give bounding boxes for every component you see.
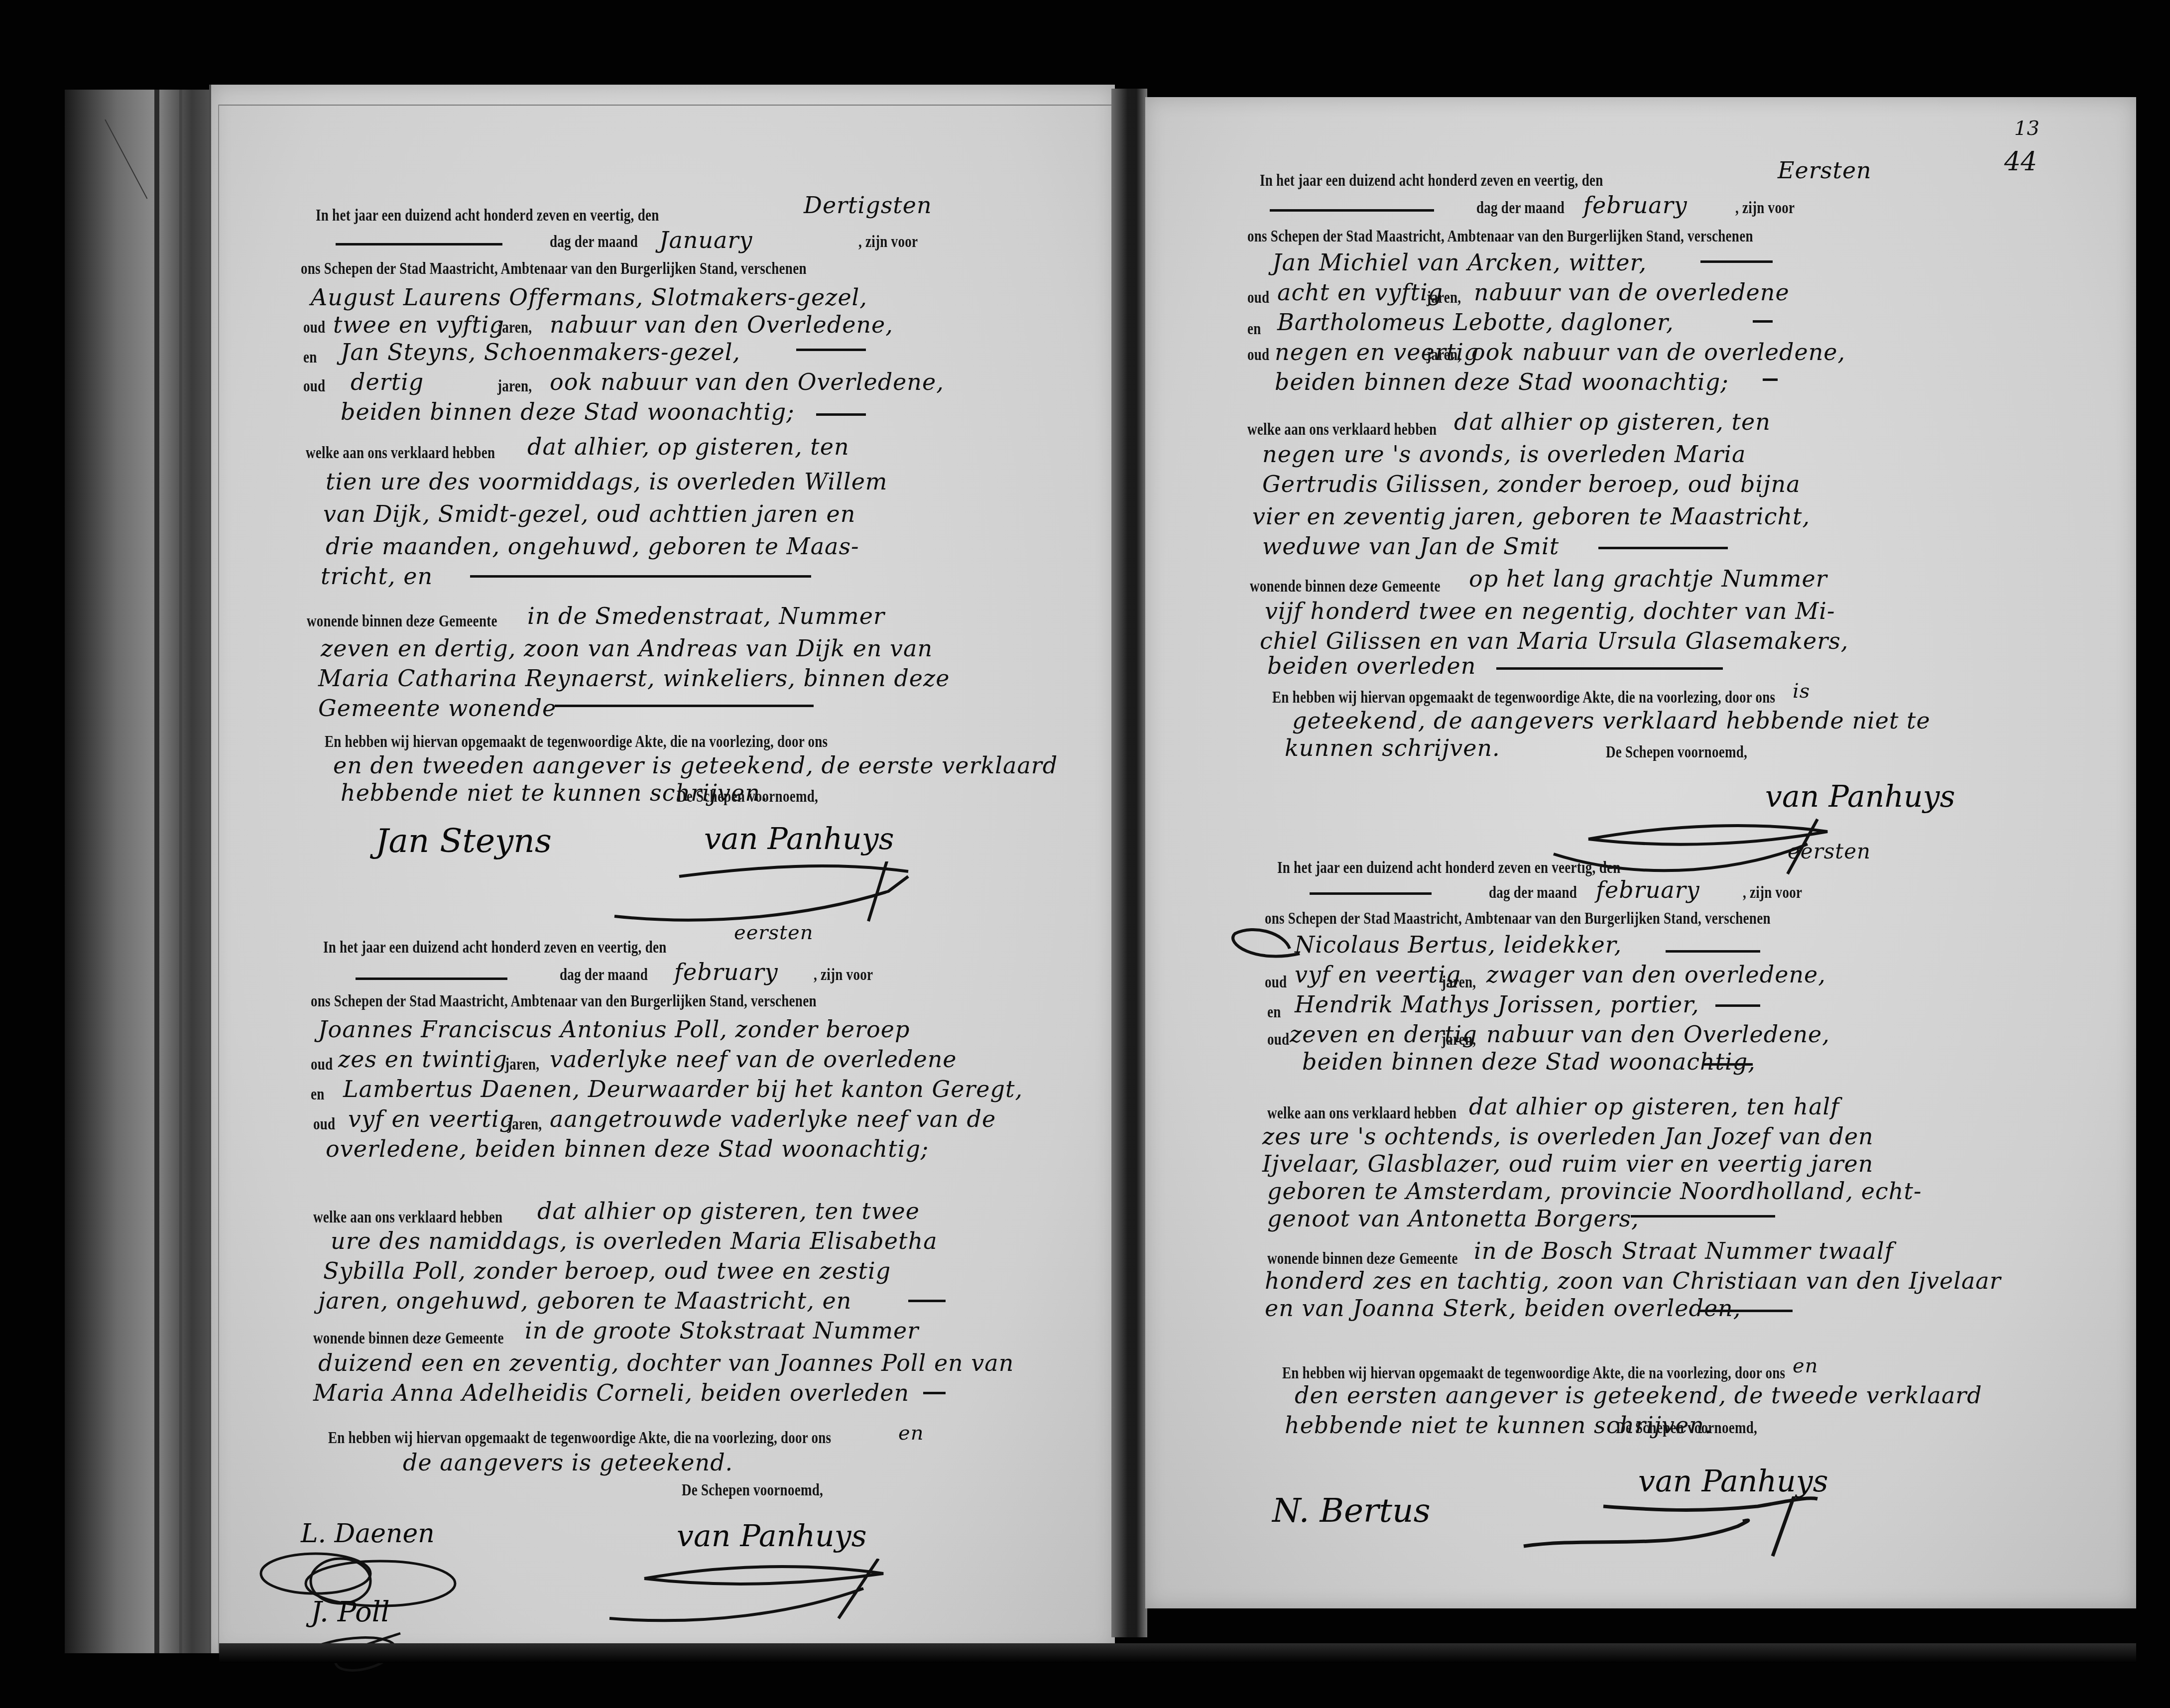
declarant-1-relation: zwager van den overledene, (1486, 961, 1826, 988)
statement-line: negen ure 's avonds, is overleden Maria (1262, 441, 1746, 468)
statement-line: dat alhier op gisteren, ten half (1469, 1093, 1839, 1120)
declarant-1-name: Nicolaus Bertus, leidekker, (1295, 931, 1622, 958)
declarant-1-relation: vaderlyke neef van de overledene (550, 1046, 957, 1073)
declarant-2-name: Jan Steyns, Schoenmakers-gezel, (341, 339, 740, 366)
declarant-2-relation: nabuur van den Overledene, (1486, 1021, 1830, 1048)
akte-continuation: den eersten aangever is geteekend, de tw… (1295, 1382, 1982, 1409)
statement-line: dat alhier op gisteren, ten (1454, 408, 1771, 435)
statement-line: weduwe van Jan de Smit (1262, 533, 1559, 560)
entry-month: January (659, 227, 753, 253)
residence-line: beiden binnen deze Stad woonachtig, (1302, 1048, 1756, 1075)
entry-day: eersten (734, 921, 814, 944)
right-page: 13 44 In het jaar een duizend acht honde… (1145, 97, 2136, 1608)
en-label: en (303, 349, 317, 367)
jaren-label: jaren, (1427, 289, 1461, 307)
jaren-label: jaren, (1442, 974, 1476, 992)
page-border-line (218, 105, 1115, 106)
wonende-ze: ze (1380, 1250, 1396, 1268)
oud-label: oud (1267, 1031, 1289, 1049)
statement-line: tien ure des voormiddags, is overleden W… (326, 468, 887, 495)
welke-label: welke aan ons verklaard hebben (1247, 421, 1437, 439)
signature-declarant: N. Bertus (1272, 1491, 1431, 1530)
wonende-label: wonende binnen deze Gemeente (1267, 1250, 1458, 1268)
declarant-2-name: Hendrik Mathys Jorissen, portier, (1295, 991, 1699, 1018)
address-line: vijf honderd twee en negentig, dochter v… (1265, 598, 1835, 624)
left-page: In het jaar een duizend acht honderd zev… (209, 85, 1115, 1653)
signature-flourish-icon (609, 861, 968, 931)
fill-rule (1631, 1215, 1775, 1218)
statement-line: Gertrudis Gilissen, zonder beroep, oud b… (1262, 471, 1801, 497)
fill-rule (1715, 1004, 1760, 1007)
oud-label: oud (313, 1115, 335, 1134)
address-line: chiel Gilissen en van Maria Ursula Glase… (1260, 627, 1848, 654)
gemeente-text: Gemeente (1399, 1250, 1458, 1268)
statement-line: tricht, en (321, 563, 433, 590)
address-line: Gemeente wonende (318, 695, 556, 722)
signature-declarant: Jan Steyns (375, 822, 552, 860)
form-intro-line: In het jaar een duizend acht honderd zev… (316, 207, 659, 225)
oud-label: oud (303, 319, 325, 337)
welke-label: welke aan ons verklaard hebben (1267, 1104, 1456, 1123)
akte-continuation: geteekend, de aangevers verklaard hebben… (1292, 707, 1930, 734)
address-line: Maria Anna Adelheidis Corneli, beiden ov… (313, 1379, 909, 1406)
signature-flourish-icon (1519, 1496, 1877, 1566)
fill-rule (1763, 378, 1778, 381)
fill-rule (1698, 1310, 1793, 1312)
book-gutter (1111, 89, 1147, 1637)
form-line-3: ons Schepen der Stad Maastricht, Ambtena… (1265, 910, 1771, 928)
declarant-2-relation: aangetrouwde vaderlyke neef van de (550, 1105, 996, 1132)
en-label: en (311, 1086, 325, 1104)
gemeente-text: Gemeente (439, 612, 497, 630)
jaren-label: jaren, (507, 1115, 542, 1134)
statement-line: geboren te Amsterdam, provincie Noordhol… (1267, 1178, 1922, 1205)
fill-rule (1598, 547, 1728, 549)
fill-rule (908, 1300, 946, 1302)
cover-ridge (154, 90, 159, 1653)
statement-line: dat alhier op gisteren, ten twee (537, 1198, 920, 1224)
entry-month: february (1596, 876, 1700, 903)
fill-rule (1703, 1063, 1753, 1066)
declarant-1-age: twee en vyftig (333, 311, 504, 338)
statement-line: drie maanden, ongehuwd, geboren te Maas- (326, 533, 859, 560)
fill-rule (1700, 260, 1773, 263)
address-line: zeven en dertig, zoon van Andreas van Di… (321, 635, 933, 662)
declarant-2-relation: ook nabuur van de overledene, (1471, 339, 1845, 366)
akte-suffix: en (1793, 1354, 1818, 1377)
jaren-label: jaren, (1442, 1031, 1476, 1049)
address-line: honderd zes en tachtig, zoon van Christi… (1265, 1267, 2001, 1294)
form-day-label: dag der maand (550, 233, 638, 251)
fill-rule (816, 413, 866, 416)
form-intro-line: In het jaar een duizend acht honderd zev… (1260, 172, 1603, 190)
wonende-label: wonende binnen deze Gemeente (1250, 578, 1441, 596)
address-line: in de Bosch Straat Nummer twaalf (1474, 1237, 1894, 1264)
akte-continuation: de aangevers is geteekend. (403, 1449, 733, 1476)
oud-label: oud (1247, 289, 1269, 307)
schepen-label: De Schepen voornoemd, (1606, 743, 1747, 762)
fill-rule (555, 705, 814, 707)
statement-line: zes ure 's ochtends, is overleden Jan Jo… (1262, 1123, 1874, 1150)
akte-continuation: en den tweeden aangever is geteekend, de… (333, 752, 1058, 779)
akte-suffix: is (1793, 680, 1810, 703)
fill-rule (1753, 320, 1773, 323)
entry-month: february (674, 959, 778, 985)
declarant-1-relation: nabuur van de overledene (1474, 279, 1790, 306)
address-line: op het lang grachtje Nummer (1469, 565, 1827, 592)
statement-line: Ijvelaar, Glasblazer, oud ruim vier en v… (1262, 1150, 1873, 1177)
declarant-1-age: zes en twintig (338, 1046, 507, 1073)
entry-day: Eersten (1778, 157, 1872, 184)
jaren-label: jaren, (505, 1056, 539, 1074)
declarant-2-age: vyf en veertig (348, 1105, 514, 1132)
signature-schepen: van Panhuys (1765, 779, 1955, 814)
blank-rule (336, 243, 502, 245)
statement-line: van Dijk, Smidt-gezel, oud achttien jare… (323, 500, 855, 527)
akte-continuation: kunnen schrijven. (1285, 734, 1500, 761)
declarant-2-name: Lambertus Daenen, Deurwaarder bij het ka… (343, 1076, 1023, 1102)
cover-crack (105, 120, 147, 199)
en-label: en (1267, 1003, 1281, 1022)
oud-label: oud (303, 377, 325, 396)
schepen-label: De Schepen voornoemd, (1616, 1419, 1757, 1438)
wonende-ze: ze (420, 613, 435, 630)
en-label: en (1247, 320, 1261, 339)
address-line: in de groote Stokstraat Nummer (525, 1317, 919, 1344)
fill-rule (1496, 667, 1723, 670)
statement-line: ure des namiddags, is overleden Maria El… (331, 1227, 938, 1254)
form-intro-line: In het jaar een duizend acht honderd zev… (1277, 859, 1620, 877)
fill-rule (1666, 950, 1760, 953)
akte-line: En hebben wij hiervan opgemaakt de tegen… (1272, 689, 1775, 707)
blank-rule (356, 977, 507, 980)
statement-line: dat alhier, op gisteren, ten (527, 433, 849, 460)
akte-line: En hebben wij hiervan opgemaakt de tegen… (325, 733, 828, 751)
akte-line: En hebben wij hiervan opgemaakt de tegen… (1282, 1364, 1785, 1383)
schepen-label: De Schepen voornoemd, (682, 1481, 823, 1500)
declarant-1-relation: nabuur van den Overledene, (550, 311, 893, 338)
residence-line: beiden binnen deze Stad woonachtig; (341, 398, 795, 425)
wonende-ze: ze (426, 1330, 442, 1347)
declarant-1-age: acht en vyftig (1277, 279, 1443, 306)
form-label: , zijn voor (858, 233, 918, 251)
declarant-1-name: Jan Michiel van Arcken, witter, (1272, 249, 1647, 276)
fill-rule (923, 1392, 946, 1394)
jaren-label: jaren, (1427, 346, 1461, 365)
form-line-3: ons Schepen der Stad Maastricht, Ambtena… (311, 992, 817, 1011)
address-line: Maria Catharina Reynaerst, winkeliers, b… (318, 665, 950, 692)
signature-schepen: van Panhuys (704, 822, 894, 856)
form-day-label: dag der maand (1489, 884, 1577, 902)
entry-day: Dertigsten (804, 192, 932, 219)
wonende-text: wonende binnen de (313, 1330, 426, 1347)
statement-line: Sybilla Poll, zonder beroep, oud twee en… (323, 1257, 891, 1284)
form-label: , zijn voor (1735, 199, 1795, 218)
address-line: beiden overleden (1267, 652, 1476, 679)
blank-rule (1310, 892, 1432, 895)
address-line: en van Joanna Sterk, beiden overleden, (1265, 1295, 1741, 1322)
gemeente-text: Gemeente (445, 1330, 504, 1347)
jaren-label: jaren, (497, 377, 532, 396)
wonende-label: wonende binnen deze Gemeente (307, 612, 497, 631)
akte-suffix: en (898, 1422, 924, 1445)
oud-label: oud (1247, 346, 1269, 365)
akte-line: En hebben wij hiervan opgemaakt de tegen… (328, 1429, 831, 1448)
statement-line: jaren, ongehuwd, geboren te Maastricht, … (318, 1287, 851, 1314)
signature-flourish-icon (604, 1559, 963, 1628)
oud-label: oud (1265, 974, 1287, 992)
fill-rule (470, 575, 811, 578)
page-bottom-shadow (219, 1643, 2136, 1663)
form-line-3: ons Schepen der Stad Maastricht, Ambtena… (301, 260, 807, 278)
gemeente-text: Gemeente (1382, 578, 1441, 596)
declarant-2-name: Bartholomeus Lebotte, dagloner, (1277, 309, 1674, 336)
welke-label: welke aan ons verklaard hebben (306, 444, 495, 463)
entry-month: february (1583, 192, 1688, 219)
statement-line: vier en zeventig jaren, geboren te Maast… (1252, 503, 1810, 530)
residence-line: overledene, beiden binnen deze Stad woon… (326, 1135, 929, 1162)
jaren-label: jaren, (497, 319, 532, 337)
signature-flourish-icon (1225, 924, 1305, 964)
book-cover-edge (65, 90, 214, 1653)
statement-line: genoot van Antonetta Borgers, (1267, 1205, 1639, 1232)
wonende-ze: ze (1363, 578, 1378, 596)
signature-schepen: van Panhuys (677, 1519, 866, 1554)
schepen-label: De Schepen voornoemd, (677, 788, 818, 806)
declarant-1-age: vyf en veertig (1295, 961, 1461, 988)
page-border-line (218, 105, 219, 1653)
welke-label: welke aan ons verklaard hebben (313, 1209, 502, 1227)
blank-rule (1270, 209, 1434, 212)
wonende-text: wonende binnen de (307, 612, 420, 630)
declarant-1-name: August Laurens Offermans, Slotmakers-gez… (311, 284, 867, 311)
fill-rule (796, 349, 866, 351)
address-line: duizend een en zeventig, dochter van Joa… (318, 1349, 1014, 1376)
folio-number: 13 (2014, 117, 2040, 140)
page-number: 44 (2004, 147, 2037, 177)
form-intro-line: In het jaar een duizend acht honderd zev… (323, 939, 666, 957)
form-label: , zijn voor (814, 966, 873, 984)
oud-label: oud (311, 1056, 333, 1074)
form-label: , zijn voor (1743, 884, 1802, 902)
form-day-label: dag der maand (1476, 199, 1565, 218)
address-line: in de Smedenstraat, Nummer (527, 603, 885, 629)
wonende-text: wonende binnen de (1250, 578, 1363, 596)
wonende-text: wonende binnen de (1267, 1250, 1380, 1268)
declarant-2-age: dertig (351, 368, 424, 395)
residence-line: beiden binnen deze Stad woonachtig; (1275, 368, 1729, 395)
wonende-label: wonende binnen deze Gemeente (313, 1330, 504, 1348)
declarant-2-relation: ook nabuur van den Overledene, (550, 368, 944, 395)
entry-day: eersten (1788, 839, 1871, 863)
form-line-3: ons Schepen der Stad Maastricht, Ambtena… (1247, 228, 1753, 246)
form-day-label: dag der maand (560, 966, 648, 984)
signature-schepen: van Panhuys (1638, 1464, 1828, 1499)
cover-ridge (179, 90, 182, 1653)
declarant-1-name: Joannes Franciscus Antonius Poll, zonder… (318, 1016, 910, 1043)
